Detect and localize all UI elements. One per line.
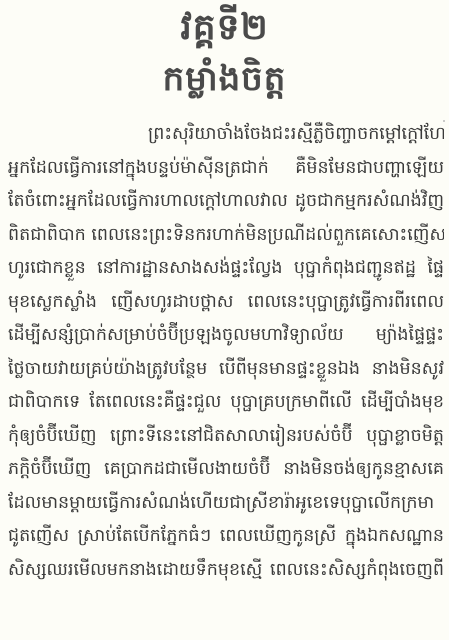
scan-speck — [443, 120, 445, 122]
chapter-title: វគ្គទី២ — [0, 4, 449, 52]
chapter-subtitle: កម្លាំងចិត្ត — [0, 56, 449, 102]
paragraph-line: ហូរជោកខ្លួន នៅការដ្ឋានសាងសង់ផ្ទះល្វែង បុ… — [8, 252, 444, 286]
book-page: វគ្គទី២ កម្លាំងចិត្ត ព្រះសុរិយាចាំងចែងជះ… — [0, 0, 449, 640]
paragraph-line: ព្រះសុរិយាចាំងចែងជះរស្មីភ្លឺចិញ្ចាចកម្តៅ… — [8, 118, 444, 152]
paragraph-line: ជូតញើស ស្រាប់តែបើកភ្នែកធំៗ ពេលឃើញកូនស្រី… — [8, 520, 444, 554]
paragraph-line: តែចំពោះអ្នកដែលធ្វើការហាលក្តៅហាលវាល ដូចជា… — [8, 185, 444, 219]
paragraph-line: ជាពិបាកទេ តែពេលនេះគឺផ្ទះជួល បុប្ផាគ្របក្… — [8, 386, 444, 420]
paragraph-line: ដើម្បីសន្សំប្រាក់សម្រាប់ចំប៊ីប្រឡងចូលមហា… — [8, 319, 444, 353]
paragraph-line: មុខស្លេកស្លាំង ញើសហូរដាបថ្ពាស ពេលនេះបុប្… — [8, 286, 444, 320]
paragraph-line: ភក្តិចំប៊ីឃើញ គេប្រាកដជាមើលងាយចំប៊ី នាងម… — [8, 453, 444, 487]
paragraph-line: សិស្សឈរមើលមកនាងដោយទឹកមុខស្មើ ពេលនេះសិស្ស… — [8, 554, 444, 588]
paragraph-line: កុំឲ្យចំប៊ីឃើញ ព្រោះទីនេះនៅជិតសាលារៀនរបស… — [8, 420, 444, 454]
paragraph-line: ថ្លៃចាយវាយគ្រប់យ៉ាងត្រូវបន្ថែម បើពីមុនមា… — [8, 353, 444, 387]
paragraph-line: អ្នកដែលធ្វើការនៅក្នុងបន្ទប់ម៉ាស៊ីនត្រជាក… — [8, 152, 444, 186]
paragraph-line: ពិតជាពិបាក ពេលនេះព្រះទិនករហាក់មិនប្រណីដល… — [8, 219, 444, 253]
paragraph-line: ដែលមានម្តាយធ្វើការសំណង់ហើយជាស្រីខារ៉ាអូខ… — [8, 487, 444, 521]
body-text: ព្រះសុរិយាចាំងចែងជះរស្មីភ្លឺចិញ្ចាចកម្តៅ… — [8, 118, 444, 587]
